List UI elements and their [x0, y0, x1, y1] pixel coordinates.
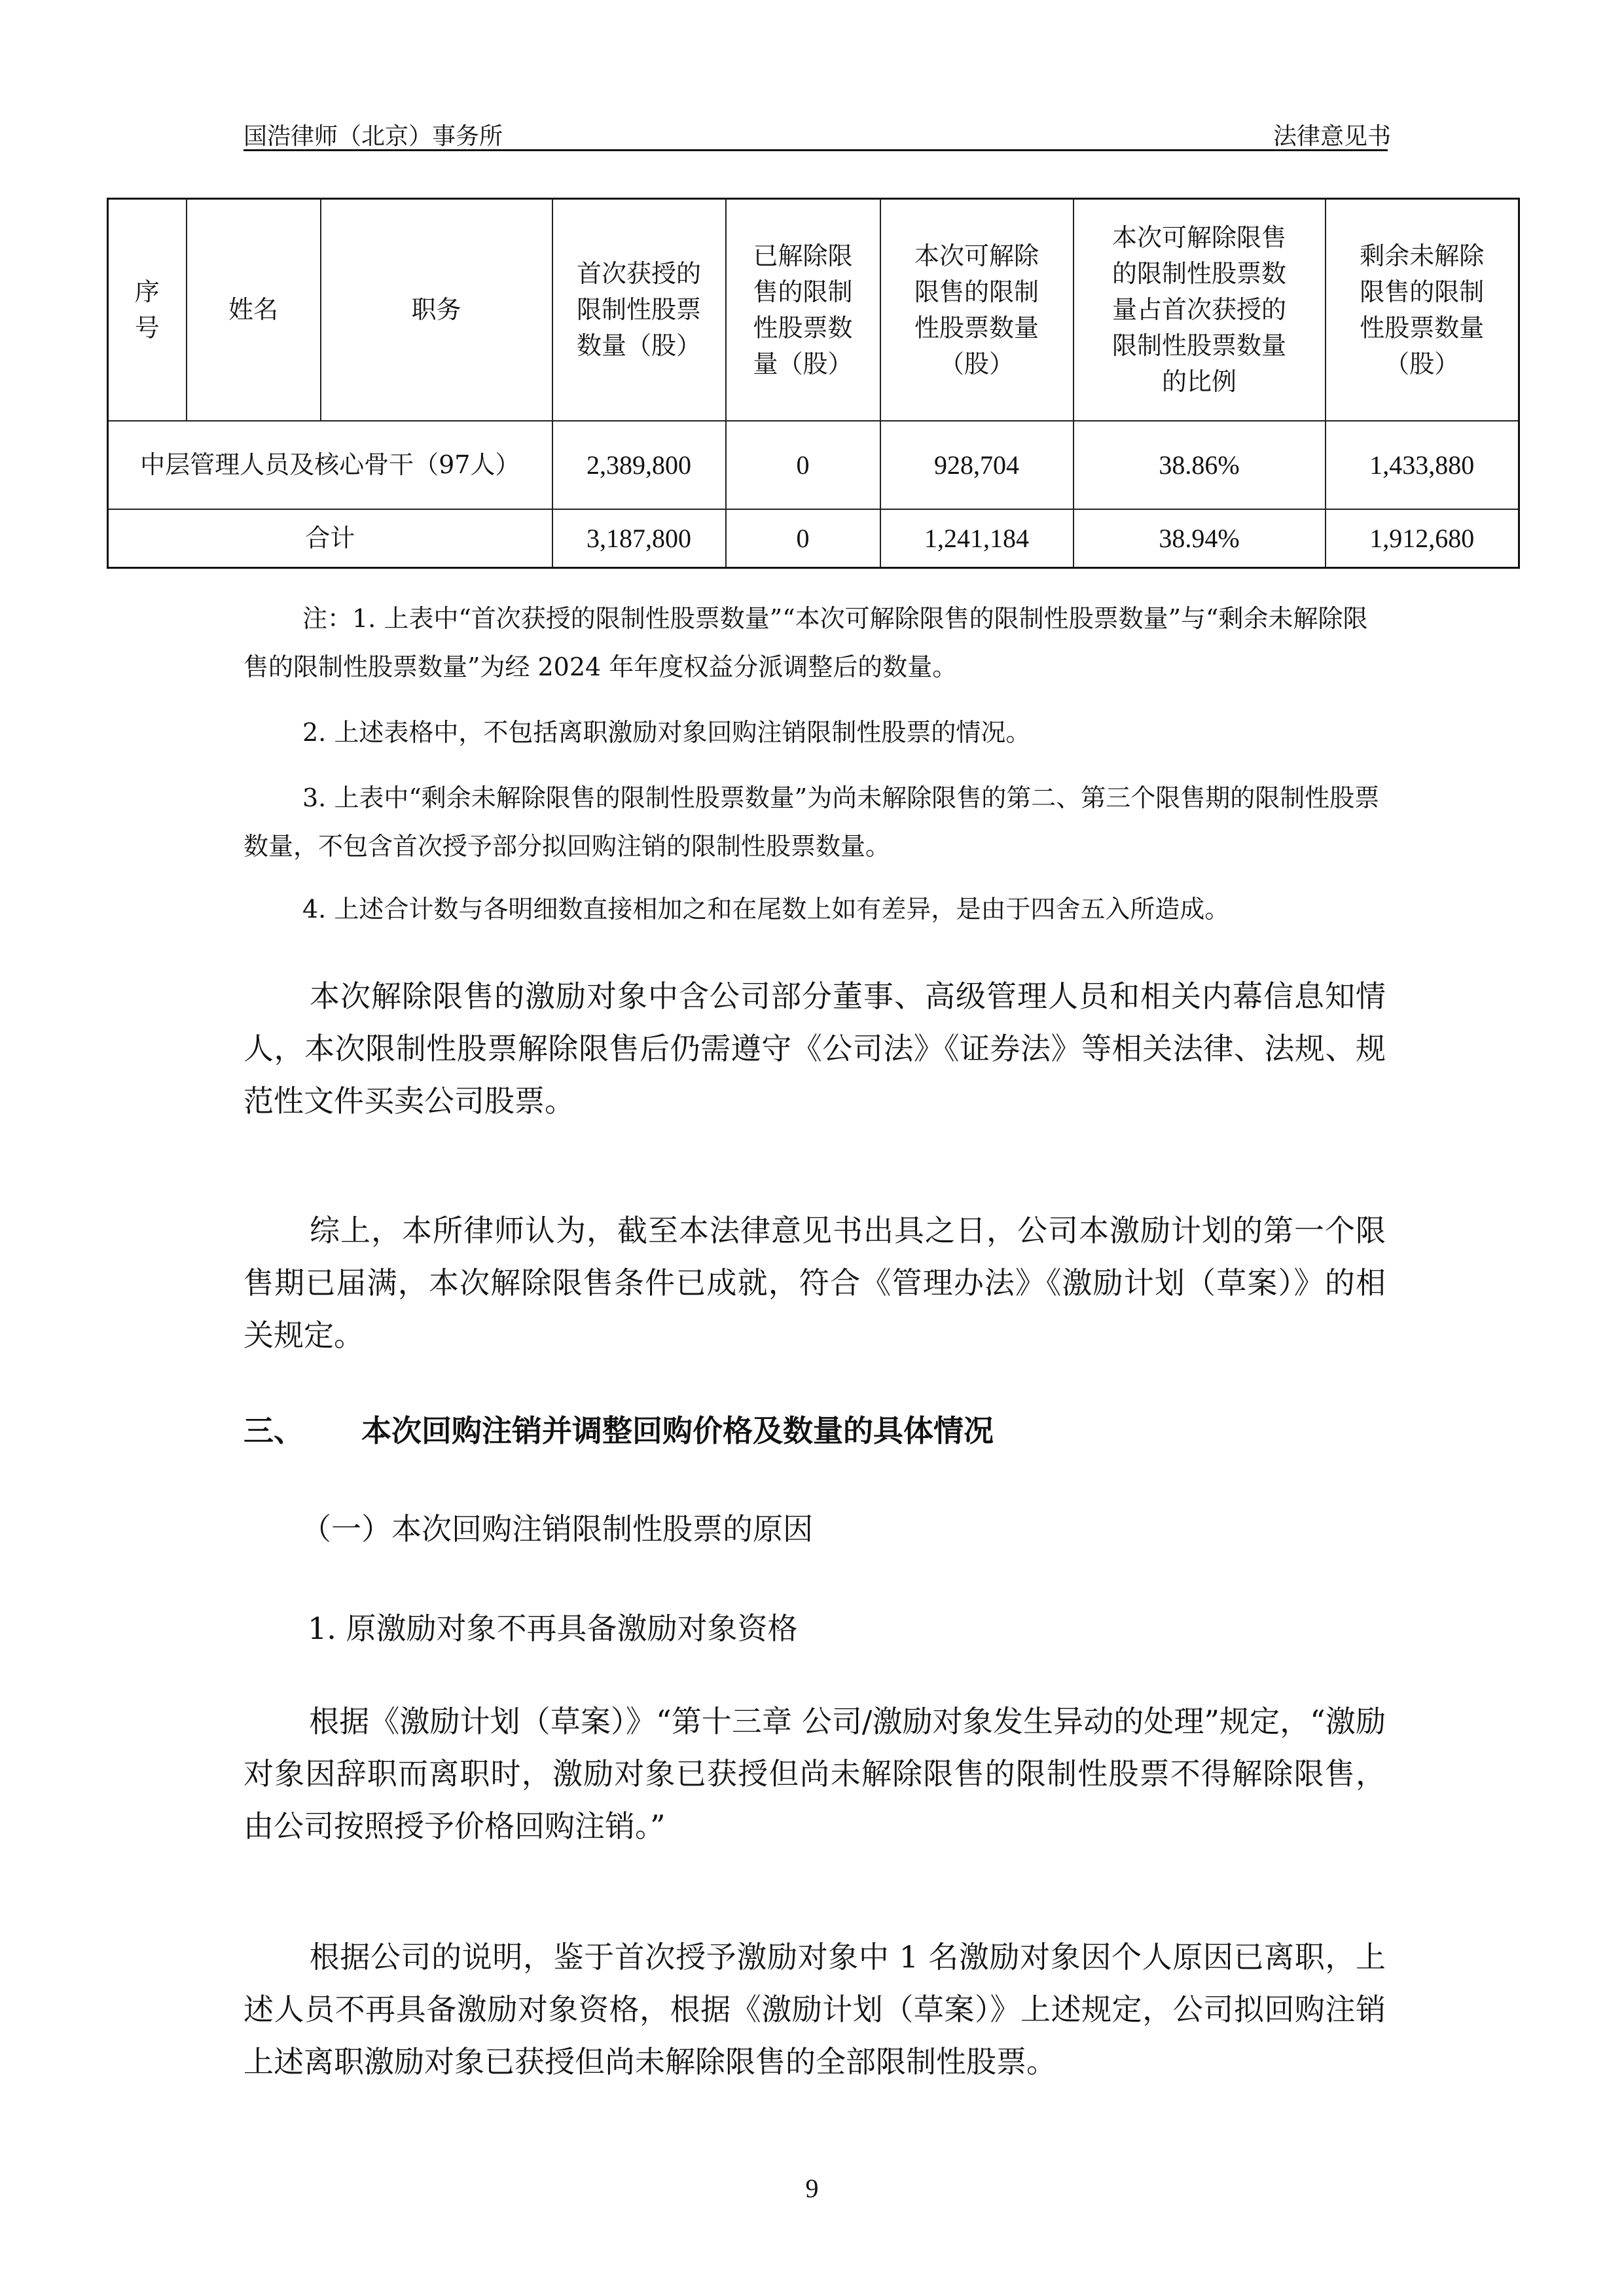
release-table: 序号 姓名 职务 首次获授的限制性股票数量（股） 已解除限售的限制性股票数量（股…: [107, 198, 1520, 569]
paragraph-insider-trading: 本次解除限售的激励对象中含公司部分董事、高级管理人员和相关内幕信息知情人，本次限…: [244, 970, 1386, 1127]
page-number: 9: [0, 2173, 1624, 2204]
header-divider: [244, 149, 1388, 151]
paragraph-conclusion: 综上，本所律师认为，截至本法律意见书出具之日，公司本激励计划的第一个限售期已届满…: [244, 1204, 1386, 1361]
header-doc-type: 法律意见书: [1273, 118, 1391, 151]
row-label: 合计: [108, 509, 552, 568]
table-total-row: 合计 3,187,800 0 1,241,184 38.94% 1,912,68…: [108, 509, 1519, 568]
cell-releasable: 928,704: [880, 421, 1074, 509]
section-heading: 三、本次回购注销并调整回购价格及数量的具体情况: [244, 1407, 994, 1450]
table-row: 中层管理人员及核心骨干（97人） 2,389,800 0 928,704 38.…: [108, 421, 1519, 509]
cell-remaining: 1,433,880: [1326, 421, 1519, 509]
cell-released: 0: [726, 509, 880, 568]
item-heading: 1. 原激励对象不再具备激励对象资格: [308, 1605, 798, 1648]
header-firm-name: 国浩律师（北京）事务所: [244, 118, 503, 151]
subsection-heading: （一）本次回购注销限制性股票的原因: [301, 1505, 813, 1549]
col-header-first-grant: 首次获授的限制性股票数量（股）: [552, 199, 726, 422]
note-1: 注：1. 上表中“首次获授的限制性股票数量”“本次可解除限售的限制性股票数量”与…: [244, 594, 1382, 691]
note-3: 3. 上表中“剩余未解除限售的限制性股票数量”为尚未解除限售的第二、第三个限售期…: [244, 774, 1382, 870]
cell-releasable: 1,241,184: [880, 509, 1074, 568]
cell-released: 0: [726, 421, 880, 509]
cell-ratio: 38.94%: [1074, 509, 1326, 568]
col-header-released: 已解除限售的限制性股票数量（股）: [726, 199, 880, 422]
table-header-row: 序号 姓名 职务 首次获授的限制性股票数量（股） 已解除限售的限制性股票数量（股…: [108, 199, 1519, 422]
col-header-position: 职务: [321, 199, 552, 422]
cell-ratio: 38.86%: [1074, 421, 1326, 509]
col-header-ratio: 本次可解除限售的限制性股票数量占首次获授的限制性股票数量的比例: [1074, 199, 1326, 422]
row-label: 中层管理人员及核心骨干（97人）: [108, 421, 552, 509]
col-header-name: 姓名: [187, 199, 321, 422]
paragraph-company-statement: 根据公司的说明，鉴于首次授予激励对象中 1 名激励对象因个人原因已离职，上述人员…: [244, 1931, 1386, 2088]
col-header-index: 序号: [108, 199, 187, 422]
col-header-releasable: 本次可解除限售的限制性股票数量（股）: [880, 199, 1074, 422]
note-2: 2. 上述表格中，不包括离职激励对象回购注销限制性股票的情况。: [244, 708, 1382, 757]
paragraph-plan-provision: 根据《激励计划（草案）》“第十三章 公司/激励对象发生异动的处理”规定，“激励对…: [244, 1695, 1386, 1852]
col-header-remaining: 剩余未解除限售的限制性股票数量（股）: [1326, 199, 1519, 422]
cell-first-grant: 3,187,800: [552, 509, 726, 568]
cell-first-grant: 2,389,800: [552, 421, 726, 509]
cell-remaining: 1,912,680: [1326, 509, 1519, 568]
note-4: 4. 上述合计数与各明细数直接相加之和在尾数上如有差异，是由于四舍五入所造成。: [244, 885, 1382, 933]
